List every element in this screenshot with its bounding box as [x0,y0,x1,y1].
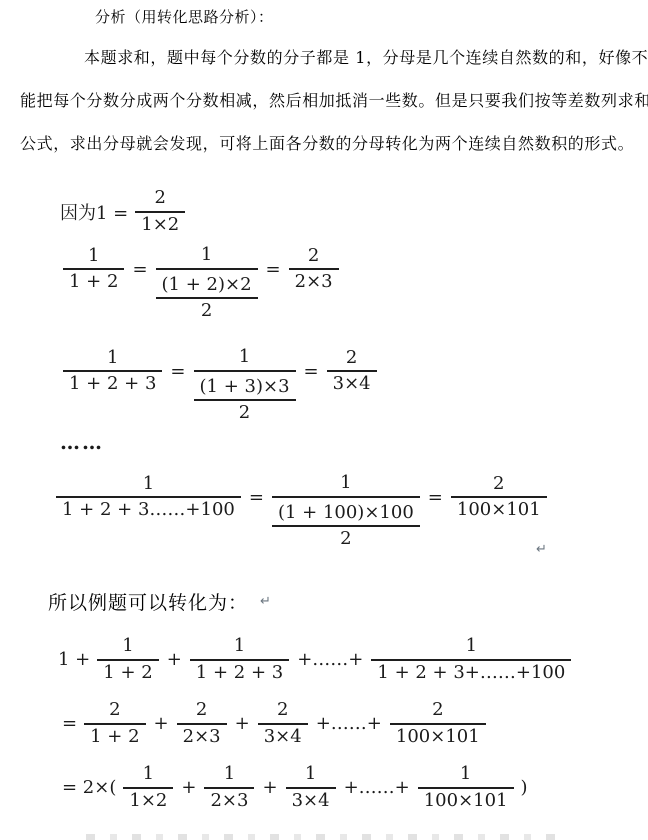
fraction-nested: 1 (1 + 2)×2 2 [156,243,258,324]
fraction-numerator: 1 [116,634,139,659]
fraction-denominator: 100×101 [390,725,486,750]
fraction-numerator: 1 [101,346,124,371]
equals-sign: = [131,259,148,280]
fraction: 2 100×101 [451,472,547,523]
fraction-bar [156,268,258,270]
fraction: 1 1 + 2 + 3 [190,634,289,685]
fraction-denominator: 3×4 [327,372,377,397]
fraction-denominator: 2 [233,401,256,426]
fraction-numerator: 2 [487,472,510,497]
document-page: 分析（用转化思路分析）： 本题求和，题中每个分数的分子都是 1，分母是几个连续自… [0,0,648,840]
plus-sign: + [261,777,278,798]
fraction-numerator: 1 [82,244,105,269]
fraction-nested: 1 (1 + 3)×3 2 [194,345,296,426]
fraction-bar [194,370,296,372]
fraction-numerator: 1 [233,345,256,370]
fraction: 1 100×101 [418,762,514,813]
paragraph-line: 公式，求出分母就会发现，可将上面各分数的分母转化为两个连续自然数积的形式。 [20,122,644,165]
fraction-denominator: 1×2 [135,213,185,238]
paragraph-return-icon: ↵ [536,543,547,556]
fraction-numerator: 1 [460,634,483,659]
equals-sign: = [62,713,77,734]
fraction: 1 1×2 [123,762,173,813]
formula-expansion-3: = 2×( 1 1×2 + 1 2×3 + 1 3×4 +……+ 1 100×1… [62,762,528,813]
equals-sign: = [303,361,320,382]
formula-because: 因为1 = 2 1×2 [60,186,185,237]
fraction-denominator: 3×4 [258,725,308,750]
fraction-numerator: 1 [299,762,322,787]
fraction-numerator: (1 + 100)×100 [272,501,420,526]
fraction-bar [272,496,420,498]
subtitle-row: 所以例题可以转化为： ↵ [48,588,271,615]
equals-sign: = [265,259,282,280]
fraction-numerator: 1 [137,762,160,787]
fraction-inner: (1 + 3)×3 2 [194,375,296,426]
fraction-numerator: 2 [190,698,213,723]
fraction: 2 3×4 [258,698,308,749]
fraction-denominator: 100×101 [418,789,514,814]
fraction-numerator: 1 [195,243,218,268]
fraction: 1 1 + 2 + 3……+100 [56,472,241,523]
fraction: 1 3×4 [286,762,336,813]
fraction-denominator: 2×3 [177,725,227,750]
fraction-numerator: 2 [103,698,126,723]
formula-step4: 1 1 + 2 + 3……+100 = 1 (1 + 100)×100 2 = … [56,471,547,552]
fraction-denominator: 100×101 [451,498,547,523]
fraction: 1 1 + 2 + 3 [63,346,162,397]
fraction-numerator: 2 [302,244,325,269]
math-text: = 2×( [62,777,116,798]
page-title: 分析（用转化思路分析）： [95,7,274,27]
fraction: 1 1 + 2 [63,244,124,295]
fraction-denominator: 1 + 2 + 3……+100 [56,498,241,523]
plus-ellipsis: +……+ [343,777,411,798]
plus-ellipsis: +……+ [315,713,383,734]
fraction-denominator: 1×2 [123,789,173,814]
fraction: 2 1×2 [135,186,185,237]
fraction-numerator: 1 [218,762,241,787]
math-text: 1 + [58,649,90,670]
analysis-paragraph: 本题求和，题中每个分数的分子都是 1，分母是几个连续自然数的和，好像不 能把每个… [20,36,644,165]
fraction: 2 2×3 [177,698,227,749]
fraction-denominator: 2×3 [289,270,339,295]
fraction-denominator: 1 + 2 + 3 [190,661,289,686]
plus-sign: + [234,713,251,734]
fraction: 1 2×3 [204,762,254,813]
fraction-numerator: (1 + 2)×2 [156,273,258,298]
fraction-numerator: 2 [340,346,363,371]
fraction-denominator: 2 [334,527,357,552]
fraction-denominator: 1 + 2 [63,270,124,295]
fraction-inner: (1 + 2)×2 2 [156,273,258,324]
fraction-numerator: (1 + 3)×3 [194,375,296,400]
fraction-denominator: 1 + 2 [97,661,158,686]
fraction: 2 3×4 [327,346,377,397]
equals-sign: = [248,487,265,508]
fraction-denominator: 2×3 [204,789,254,814]
equals-sign: = [169,361,186,382]
paragraph-line: 本题求和，题中每个分数的分子都是 1，分母是几个连续自然数的和，好像不 [20,36,644,79]
fraction-inner: (1 + 100)×100 2 [272,501,420,552]
fraction-nested: 1 (1 + 100)×100 2 [272,471,420,552]
formula-expansion-2: = 2 1 + 2 + 2 2×3 + 2 3×4 +……+ 2 100×101 [62,698,486,749]
fraction: 1 1 + 2 [97,634,158,685]
fraction-numerator: 1 [454,762,477,787]
fraction-denominator: 2 [195,299,218,324]
fraction: 2 2×3 [289,244,339,295]
fraction-denominator: 1 + 2 + 3 [63,372,162,397]
fraction: 1 1 + 2 + 3+……+100 [371,634,571,685]
formula-step3: 1 1 + 2 + 3 = 1 (1 + 3)×3 2 = 2 3×4 [63,345,377,426]
subtitle: 所以例题可以转化为： [48,588,248,615]
equals-sign: = [427,487,444,508]
fraction-numerator: 2 [271,698,294,723]
formula-step2: 1 1 + 2 = 1 (1 + 2)×2 2 = 2 2×3 [63,243,339,324]
fraction-numerator: 1 [137,472,160,497]
paragraph-return-icon: ↵ [260,595,271,608]
plus-sign: + [180,777,197,798]
plus-sign: + [153,713,170,734]
closing-paren: ) [521,777,528,798]
cutoff-next-line [86,834,564,840]
fraction-numerator: 2 [426,698,449,723]
fraction: 2 100×101 [390,698,486,749]
paragraph-line: 能把每个分数分成两个分数相减，然后相加抵消一些数。但是只要我们按等差数列求和 [20,79,644,122]
fraction-numerator: 1 [334,471,357,496]
plus-sign: + [166,649,183,670]
ellipsis-line: …… [60,430,104,454]
fraction-denominator: 3×4 [286,789,336,814]
formula-prefix: 因为1 = [60,199,128,225]
fraction-numerator: 2 [149,186,172,211]
fraction-numerator: 1 [228,634,251,659]
fraction-denominator: 1 + 2 + 3+……+100 [371,661,571,686]
plus-ellipsis: +……+ [296,649,364,670]
fraction-denominator: 1 + 2 [84,725,145,750]
fraction: 2 1 + 2 [84,698,145,749]
formula-expansion-1: 1 + 1 1 + 2 + 1 1 + 2 + 3 +……+ 1 1 + 2 +… [58,634,571,685]
